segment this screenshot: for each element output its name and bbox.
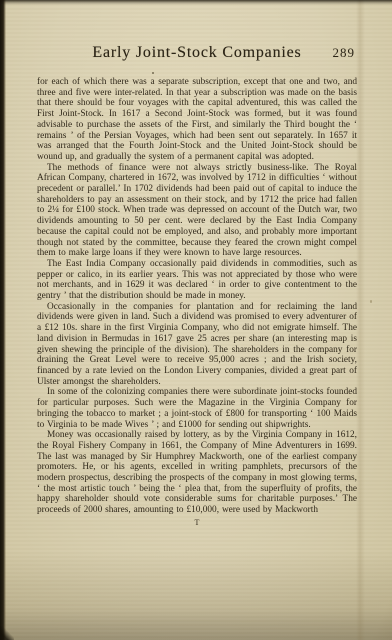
bottom-left-corner-shadow [0, 626, 14, 640]
paragraph: The methods of finance were not always s… [37, 163, 357, 259]
book-page-scan: Early Joint-Stock Companies 289 for each… [0, 0, 392, 640]
running-header: Early Joint-Stock Companies 289 [37, 42, 357, 66]
ink-speck [370, 300, 372, 303]
paragraph: Occasionally in the companies for planta… [37, 302, 357, 388]
paragraph: In some of the colonizing companies ther… [37, 387, 357, 430]
page-number: 289 [333, 45, 356, 61]
paragraph: for each of which there was a separate s… [37, 77, 357, 163]
paragraph: The East India Company occasionally paid… [37, 259, 357, 302]
top-edge-shadow [0, 0, 392, 5]
left-edge-shadow [0, 0, 6, 640]
signature-mark: T [37, 518, 357, 527]
body-text: for each of which there was a separate s… [37, 77, 357, 516]
page-title: Early Joint-Stock Companies [37, 42, 357, 64]
page-content: Early Joint-Stock Companies 289 for each… [37, 42, 357, 527]
paragraph: Money was occasionally raised by lottery… [37, 430, 357, 516]
